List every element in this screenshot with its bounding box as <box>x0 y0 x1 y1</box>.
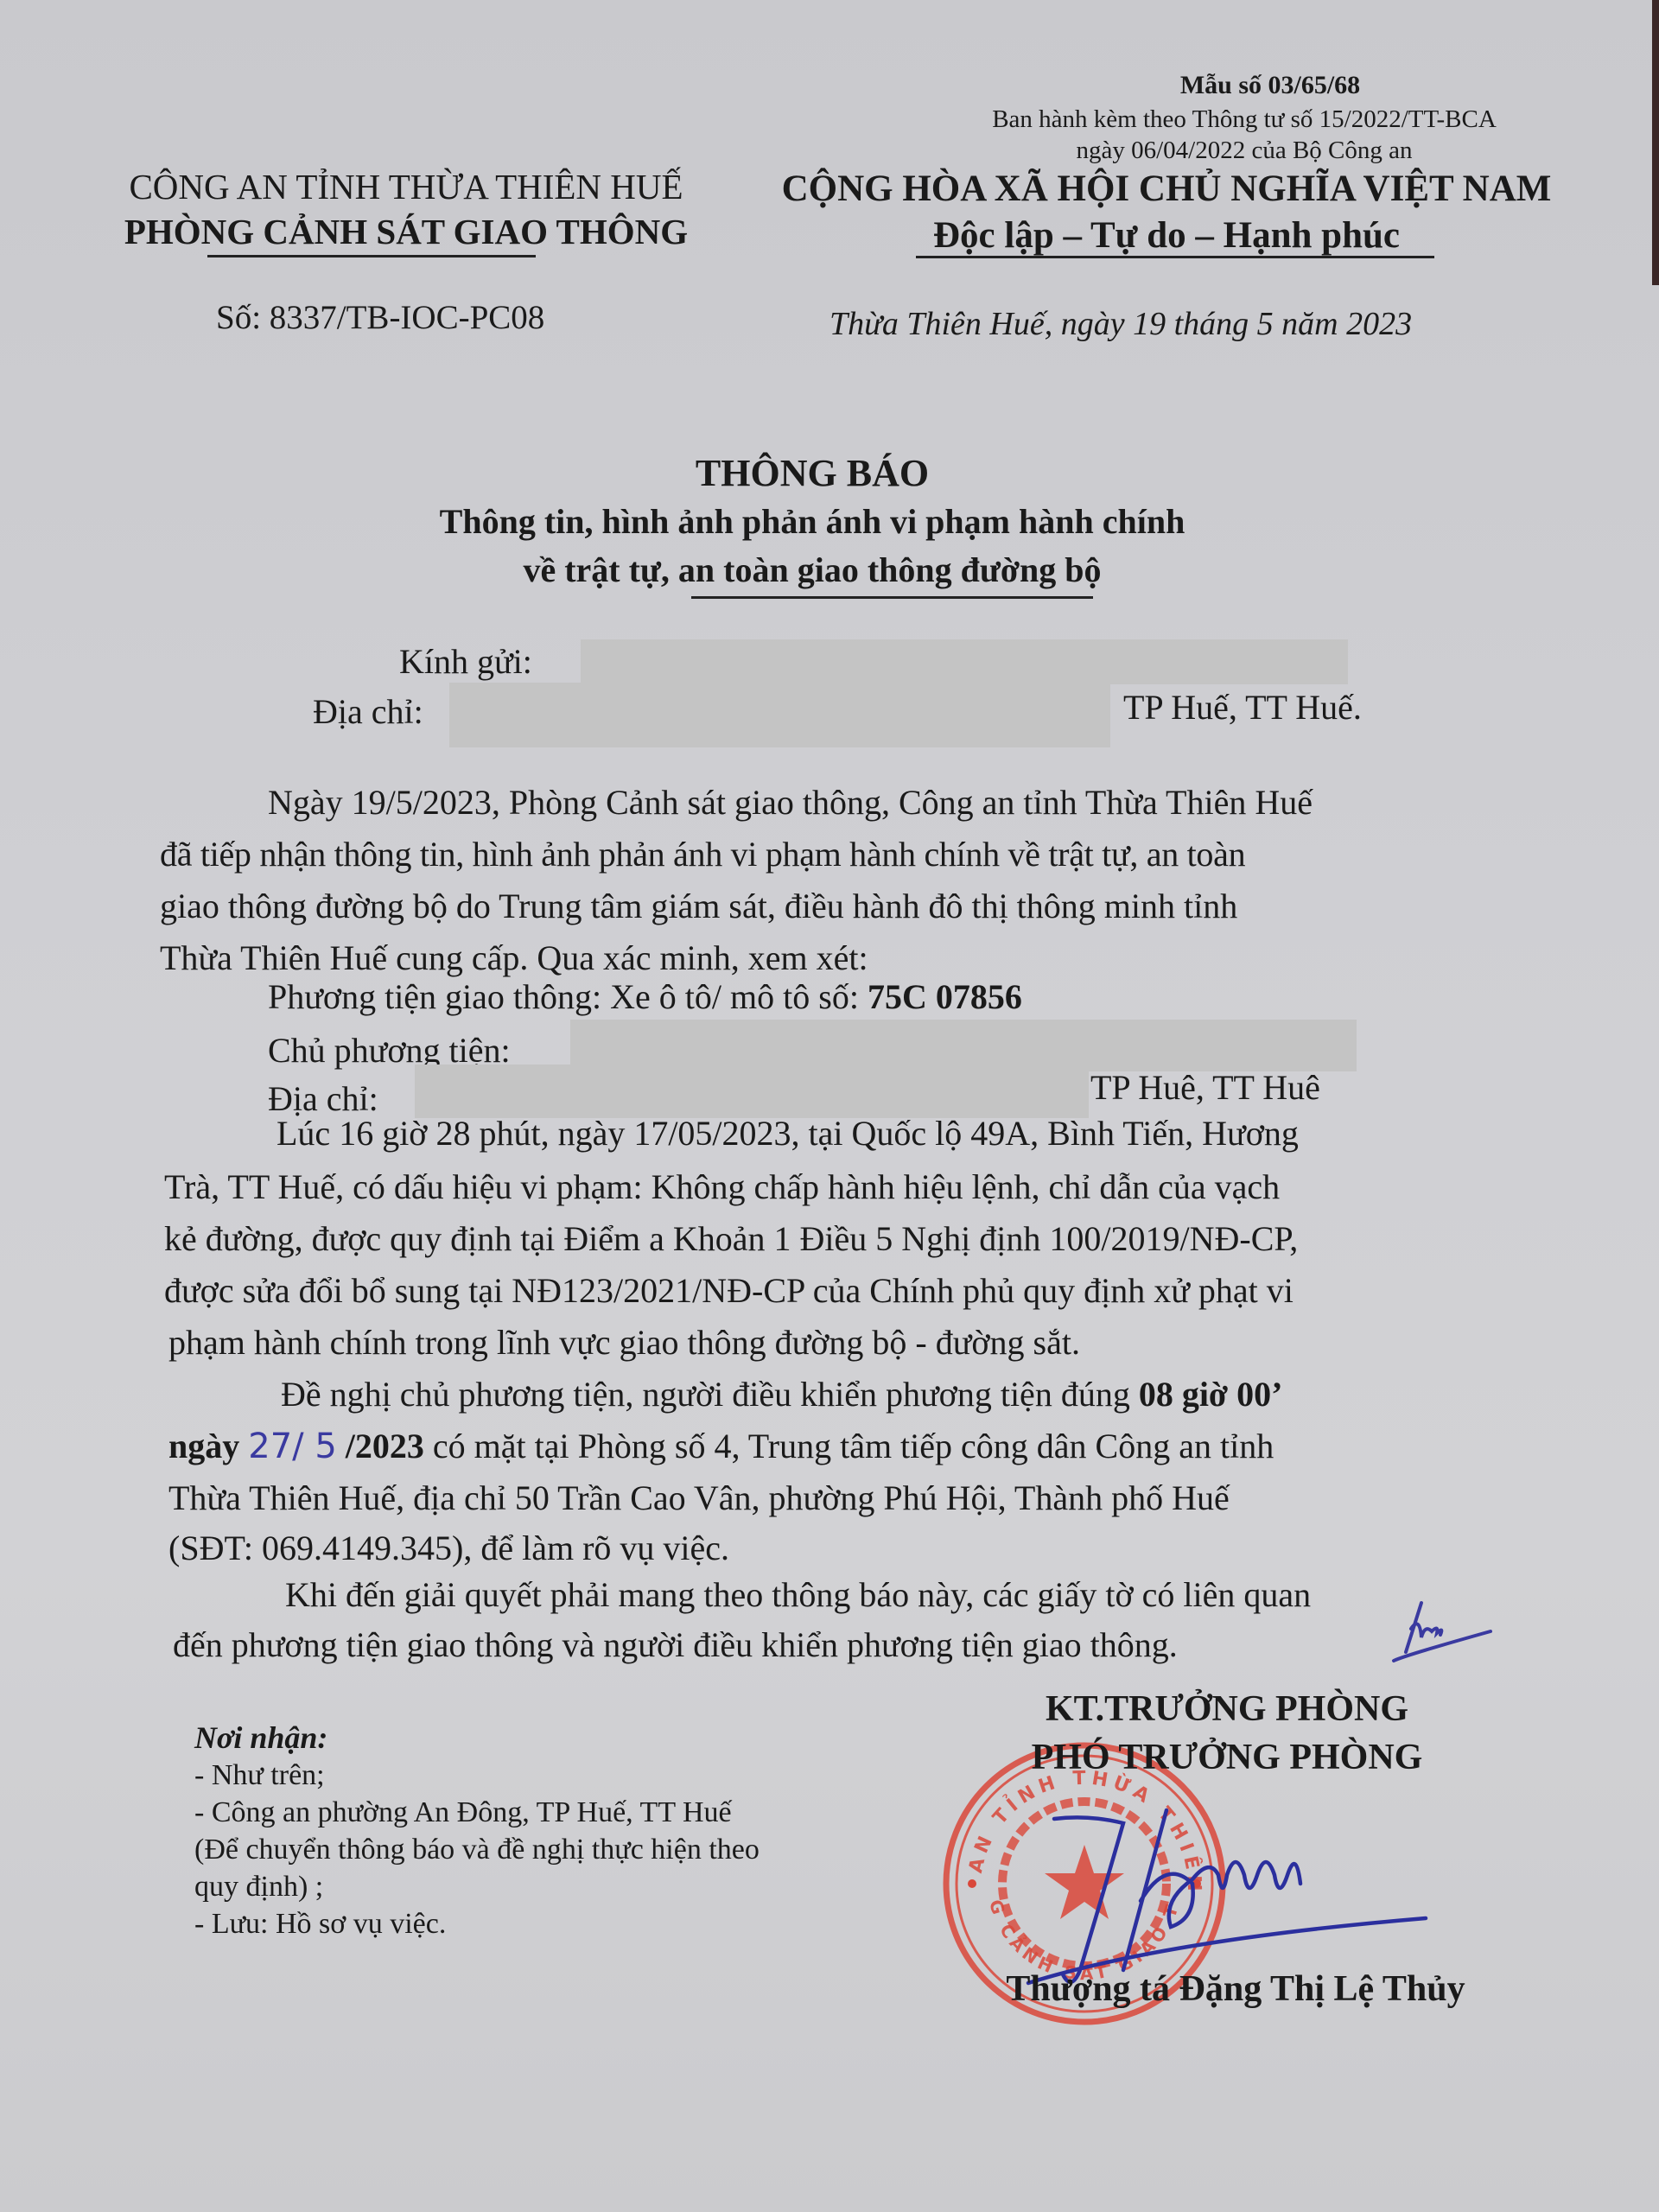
title-sub1: Thông tin, hình ảnh phản ánh vi phạm hàn… <box>294 498 1331 546</box>
para3-line2: ngày 27/ 5 /2023 có mặt tại Phòng số 4, … <box>168 1426 1274 1466</box>
para1-line: Thừa Thiên Huế cung cấp. Qua xác minh, x… <box>160 938 868 978</box>
recipients-item: (Để chuyển thông báo và đề nghị thực hiệ… <box>194 1831 760 1868</box>
appointment-time: 08 giờ 00’ <box>1139 1375 1283 1414</box>
signature-title-line1: KT.TRƯỞNG PHÒNG <box>976 1685 1478 1733</box>
appointment-year: /2023 <box>346 1427 424 1465</box>
para2-line: Lúc 16 giờ 28 phút, ngày 17/05/2023, tại… <box>276 1113 1299 1154</box>
para3-line3: Thừa Thiên Huế, địa chỉ 50 Trần Cao Vân,… <box>168 1478 1230 1518</box>
redacted-recipient-address <box>449 683 1110 747</box>
title-underline <box>691 596 1093 599</box>
nation-name: CỘNG HÒA XÃ HỘI CHỦ NGHĨA VIỆT NAM <box>760 166 1573 213</box>
title-main: THÔNG BÁO <box>294 449 1331 498</box>
recipients-heading: Nơi nhận: <box>194 1719 760 1757</box>
owner-address-suffix: TP Huê, TT Huê <box>1090 1067 1320 1108</box>
vehicle-line: Phương tiện giao thông: Xe ô tô/ mô tô s… <box>268 976 1022 1017</box>
title-sub2: về trật tự, an toàn giao thông đường bộ <box>294 546 1331 594</box>
para4-line: Khi đến giải quyết phải mang theo thông … <box>285 1574 1311 1615</box>
address-label: Địa chỉ: <box>313 691 423 732</box>
handwritten-date: 27/ 5 <box>248 1427 337 1466</box>
form-issued-note: Ban hành kèm theo Thông tư số 15/2022/TT… <box>933 104 1555 166</box>
signer-name: Thượng tá Đặng Thị Lệ Thủy <box>959 1968 1512 2010</box>
to-label: Kính gửi: <box>399 641 532 682</box>
document-number: Số: 8337/TB-IOC-PC08 <box>216 298 544 337</box>
para2-line: được sửa đổi bổ sung tại NĐ123/2021/NĐ-C… <box>164 1270 1294 1311</box>
redacted-owner-name <box>570 1020 1357 1071</box>
handwritten-initials-icon <box>1387 1599 1508 1668</box>
para2-line: Trà, TT Huế, có dấu hiệu vi phạm: Không … <box>164 1166 1280 1207</box>
para2-line: phạm hành chính trong lĩnh vực giao thôn… <box>168 1322 1080 1363</box>
nation-motto: Độc lập – Tự do – Hạnh phúc <box>760 213 1573 259</box>
recipients-item: quy định) ; <box>194 1868 760 1905</box>
agency-underline <box>207 255 536 257</box>
issuing-agency: CÔNG AN TỈNH THỪA THIÊN HUẾ PHÒNG CẢNH S… <box>78 164 734 254</box>
recipients-item: - Lưu: Hồ sơ vụ việc. <box>194 1905 760 1942</box>
vehicle-plate: 75C 07856 <box>868 977 1022 1016</box>
para3-line1: Đề nghị chủ phương tiện, người điều khiể… <box>281 1374 1282 1414</box>
address-suffix: TP Huế, TT Huế. <box>1123 687 1362 728</box>
signature-title-line2: PHÓ TRƯỞNG PHÒNG <box>976 1733 1478 1782</box>
para3-line4: (SĐT: 069.4149.345), để làm rõ vụ việc. <box>168 1528 729 1568</box>
motto-underline <box>916 256 1434 258</box>
place-and-date: Thừa Thiên Huế, ngày 19 tháng 5 năm 2023 <box>829 305 1412 343</box>
recipients-list: Nơi nhận: - Như trên; - Công an phường A… <box>194 1719 760 1942</box>
recipients-item: - Như trên; <box>194 1757 760 1794</box>
vehicle-label: Phương tiện giao thông: Xe ô tô/ mô tô s… <box>268 977 859 1016</box>
signature-title: KT.TRƯỞNG PHÒNG PHÓ TRƯỞNG PHÒNG <box>976 1685 1478 1782</box>
recipients-item: - Công an phường An Đông, TP Huế, TT Huế <box>194 1794 760 1831</box>
national-heading: CỘNG HÒA XÃ HỘI CHỦ NGHĨA VIỆT NAM Độc l… <box>760 166 1573 259</box>
form-issued-line1: Ban hành kèm theo Thông tư số 15/2022/TT… <box>933 104 1555 135</box>
document-title: THÔNG BÁO Thông tin, hình ảnh phản ánh v… <box>294 449 1331 594</box>
para2-line: kẻ đường, được quy định tại Điểm a Khoản… <box>164 1218 1298 1259</box>
agency-line1: CÔNG AN TỈNH THỪA THIÊN HUẾ <box>78 164 734 209</box>
form-number: Mẫu số 03/65/68 <box>1158 71 1382 100</box>
redacted-owner-address <box>415 1065 1089 1118</box>
form-issued-line2: ngày 06/04/2022 của Bộ Công an <box>933 135 1555 166</box>
para4-line: đến phương tiện giao thông và người điều… <box>173 1624 1178 1665</box>
page-edge-shadow <box>1652 0 1659 285</box>
agency-line2: PHÒNG CẢNH SÁT GIAO THÔNG <box>78 209 734 254</box>
para1-line: giao thông đường bộ do Trung tâm giám sá… <box>160 886 1237 926</box>
redacted-recipient-name <box>581 639 1348 684</box>
para1-line: đã tiếp nhận thông tin, hình ảnh phản án… <box>160 834 1245 874</box>
para1-line: Ngày 19/5/2023, Phòng Cảnh sát giao thôn… <box>268 782 1313 823</box>
